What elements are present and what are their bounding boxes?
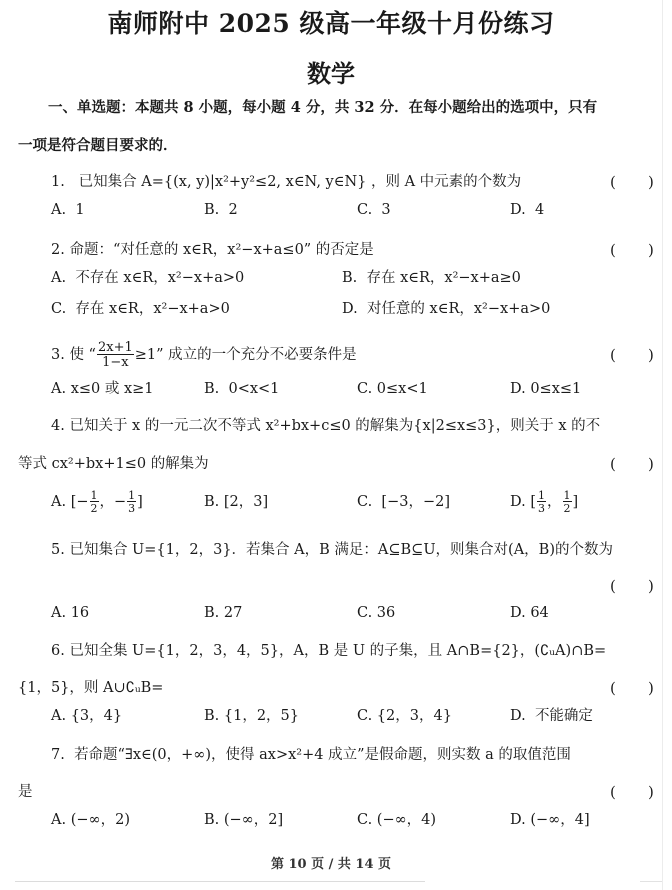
question-6-stem-line2: {1，5}，则 A∪∁ᵤB= [18, 678, 163, 698]
question-5-stem: 5. 已知集合 U={1，2，3}．若集合 A，B 满足：A⊆B⊆U，则集合对(… [51, 540, 613, 560]
q4-option-b: B. [2，3] [204, 492, 268, 512]
footer-divider [15, 881, 425, 882]
q7-option-c: C. (−∞，4) [357, 810, 436, 830]
q1-option-d: D. 4 [510, 200, 544, 220]
page-footer: 第 10 页 / 共 14 页 [0, 853, 662, 872]
q5-option-b: B. 27 [204, 603, 242, 623]
q1-option-a: A. 1 [51, 200, 85, 220]
question-text: 已知集合 A={(x, y)|x²+y²≤2, x∈N, y∈N} ，则 A 中… [79, 174, 522, 190]
exam-subject: 数学 [0, 54, 662, 89]
q3-option-b: B. 0<x<1 [204, 379, 279, 399]
q6-option-b: B. {1，2，5} [204, 706, 299, 726]
q4-option-c: C. [−3，−2] [357, 492, 450, 512]
q1-option-c: C. 3 [357, 200, 391, 220]
q6-option-a: A. {3，4} [51, 706, 122, 726]
q5-option-a: A. 16 [51, 603, 89, 623]
section-header-line1: 一、单选题：本题共 8 小题，每小题 4 分，共 32 分．在每小题给出的选项中… [48, 98, 597, 118]
q4-option-d: D. [13，12] [510, 488, 578, 516]
q7-option-a: A. (−∞，2) [51, 810, 130, 830]
question-4-stem-line1: 4. 已知关于 x 的一元二次不等式 x²+bx+c≤0 的解集为{x|2≤x≤… [51, 416, 600, 436]
q3-option-a: A. x≤0 或 x≥1 [51, 379, 154, 399]
q2-option-d: D. 对任意的 x∈R，x²−x+a>0 [342, 299, 550, 319]
question-2-stem: 2. 命题：“对任意的 x∈R，x²−x+a≤0” 的否定是 [51, 240, 374, 260]
exam-page: 南师附中 2025 级高一年级十月份练习 数学 一、单选题：本题共 8 小题，每… [0, 0, 663, 890]
question-6-stem-line1: 6. 已知全集 U={1，2，3，4，5}，A，B 是 U 的子集，且 A∩B=… [51, 641, 606, 661]
q4-option-a: A. [−12，−13] [51, 488, 143, 516]
question-1-stem: 1. 已知集合 A={(x, y)|x²+y²≤2, x∈N, y∈N} ，则 … [51, 172, 521, 192]
footer-divider-right [640, 881, 662, 882]
q2-option-a: A. 不存在 x∈R，x²−x+a>0 [51, 268, 244, 288]
q1-option-b: B. 2 [204, 200, 238, 220]
q5-option-d: D. 64 [510, 603, 549, 623]
question-number: 1. [51, 174, 65, 190]
q3-option-d: D. 0≤x≤1 [510, 379, 581, 399]
q2-option-b: B. 存在 x∈R，x²−x+a≥0 [342, 268, 521, 288]
q6-option-c: C. {2，3，4} [357, 706, 452, 726]
question-7-stem-line1: 7. 若命题“∃x∈(0，+∞)，使得 ax>x²+4 成立”是假命题，则实数 … [51, 745, 571, 765]
question-7-stem-line2: 是 [18, 782, 33, 802]
q2-option-c: C. 存在 x∈R，x²−x+a>0 [51, 299, 230, 319]
fraction: 2x+11−x [97, 341, 134, 369]
q7-option-b: B. (−∞，2] [204, 810, 283, 830]
question-3-stem: 3. 使 “2x+11−x≥1” 成立的一个充分不必要条件是 [51, 340, 357, 370]
q7-option-d: D. (−∞，4] [510, 810, 590, 830]
q3-option-c: C. 0≤x<1 [357, 379, 428, 399]
q5-option-c: C. 36 [357, 603, 395, 623]
q6-option-d: D. 不能确定 [510, 706, 593, 726]
exam-title: 南师附中 2025 级高一年级十月份练习 [0, 4, 662, 40]
question-4-stem-line2: 等式 cx²+bx+1≤0 的解集为 [18, 454, 209, 474]
section-header-line2: 一项是符合题目要求的． [18, 136, 178, 156]
